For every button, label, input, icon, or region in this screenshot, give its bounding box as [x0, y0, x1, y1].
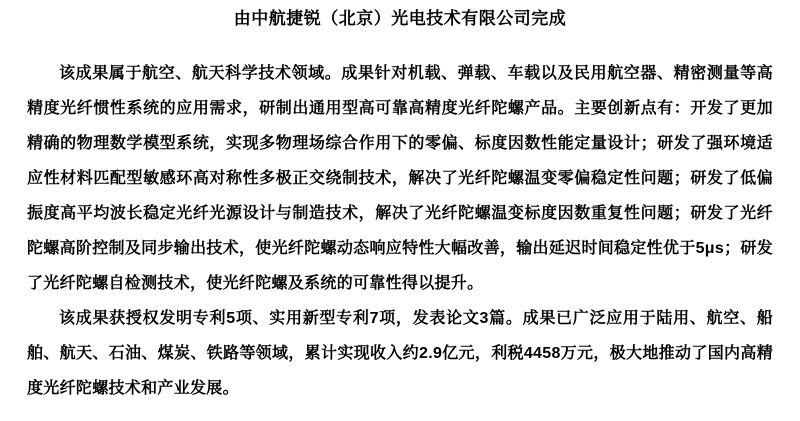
document-title: 由中航捷锐（北京）光电技术有限公司完成 — [27, 7, 773, 31]
paragraph-achievement-overview: 该成果属于航空、航天科学技术领域。成果针对机载、弹载、车载以及民用航空器、精密测… — [27, 56, 773, 301]
document-page: 由中航捷锐（北京）光电技术有限公司完成 该成果属于航空、航天科学技术领域。成果针… — [0, 7, 800, 421]
paragraph-patents-and-revenue: 该成果获授权发明专利5项、实用新型专利7项，发表论文3篇。成果已广泛应用于陆用、… — [27, 301, 773, 406]
document-body: 该成果属于航空、航天科学技术领域。成果针对机载、弹载、车载以及民用航空器、精密测… — [27, 56, 773, 406]
